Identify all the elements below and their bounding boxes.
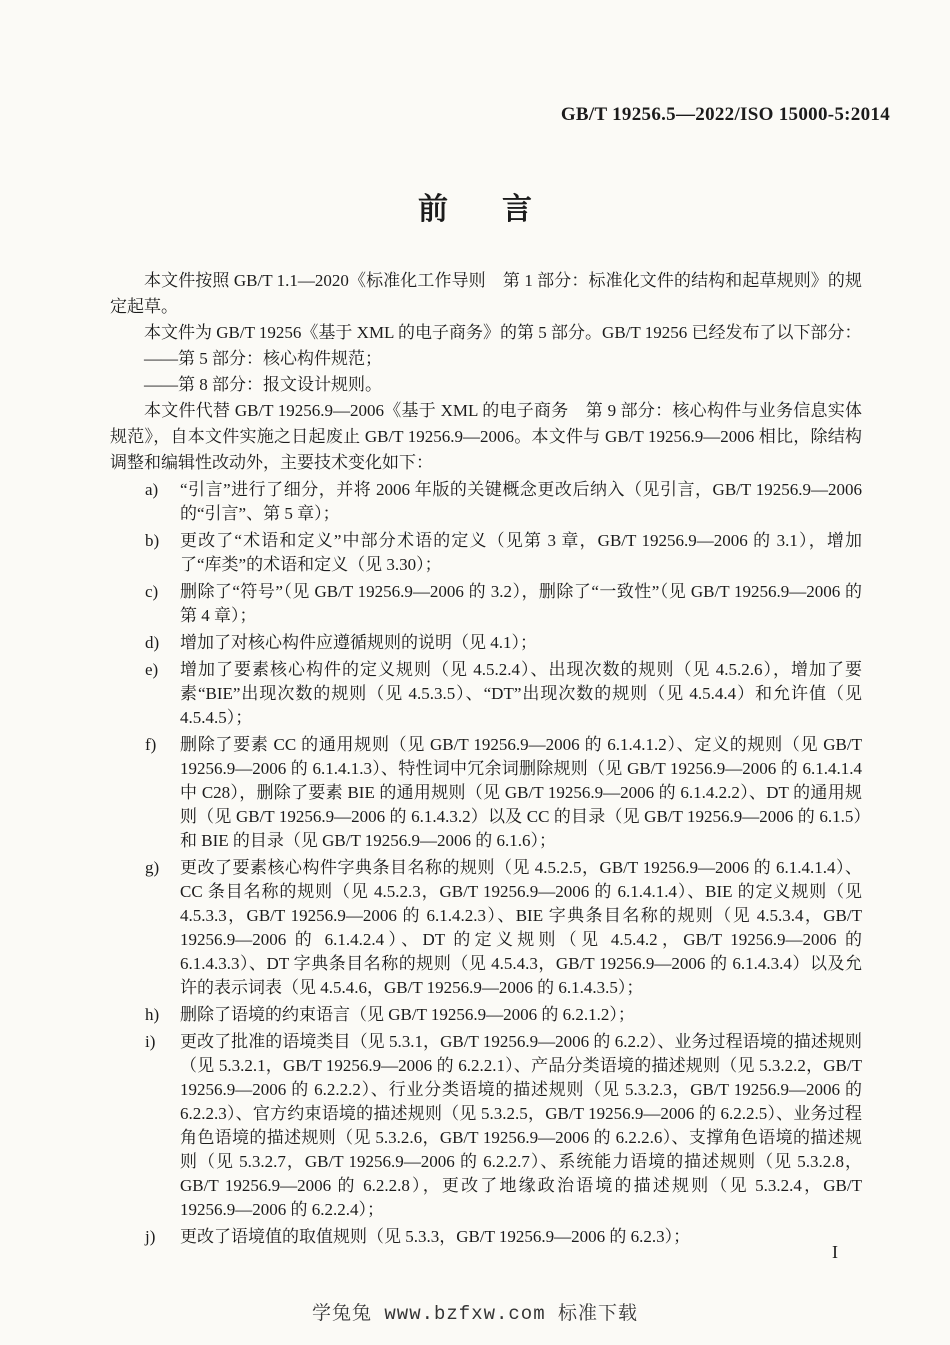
- change-item-e: e) 增加了要素核心构件的定义规则（见 4.5.2.4）、出现次数的规则（见 4…: [145, 658, 862, 730]
- change-label: e): [145, 658, 158, 682]
- change-label: a): [145, 478, 158, 502]
- change-text: “引言”进行了细分，并将 2006 年版的关键概念更改后纳入（见引言，GB/T …: [180, 480, 862, 523]
- change-text: 更改了“术语和定义”中部分术语的定义（见第 3 章，GB/T 19256.9—2…: [180, 531, 862, 574]
- change-item-d: d) 增加了对核心构件应遵循规则的说明（见 4.1）；: [145, 631, 862, 655]
- change-item-h: h) 删除了语境的约束语言（见 GB/T 19256.9—2006 的 6.2.…: [145, 1003, 862, 1027]
- change-item-f: f) 删除了要素 CC 的通用规则（见 GB/T 19256.9—2006 的 …: [145, 733, 862, 853]
- paragraph-drafting-rules: 本文件按照 GB/T 1.1—2020《标准化工作导则 第 1 部分：标准化文件…: [110, 268, 862, 320]
- change-text: 更改了语境值的取值规则（见 5.3.3，GB/T 19256.9—2006 的 …: [180, 1227, 690, 1246]
- doc-number: GB/T 19256.5—2022/ISO 15000-5:2014: [561, 104, 890, 126]
- change-item-c: c) 删除了“符号”（见 GB/T 19256.9—2006 的 3.2），删除…: [145, 580, 862, 628]
- change-item-b: b) 更改了“术语和定义”中部分术语的定义（见第 3 章，GB/T 19256.…: [145, 529, 862, 577]
- change-text: 更改了要素核心构件字典条目名称的规则（见 4.5.2.5，GB/T 19256.…: [180, 858, 862, 997]
- series-part-item: ——第 5 部分：核心构件规范；: [110, 346, 862, 372]
- change-label: d): [145, 631, 159, 655]
- standard-document-page: GB/T 19256.5—2022/ISO 15000-5:2014 前言 本文…: [0, 0, 950, 1345]
- foreword-body: 本文件按照 GB/T 1.1—2020《标准化工作导则 第 1 部分：标准化文件…: [110, 268, 862, 1252]
- paragraph-series-intro: 本文件为 GB/T 19256《基于 XML 的电子商务》的第 5 部分。GB/…: [110, 320, 862, 346]
- paragraph-replacement: 本文件代替 GB/T 19256.9—2006《基于 XML 的电子商务 第 9…: [110, 398, 862, 476]
- change-label: i): [145, 1030, 155, 1054]
- series-part-item: ——第 8 部分：报文设计规则。: [110, 372, 862, 398]
- change-text: 增加了要素核心构件的定义规则（见 4.5.2.4）、出现次数的规则（见 4.5.…: [180, 660, 862, 727]
- change-label: h): [145, 1003, 159, 1027]
- change-item-g: g) 更改了要素核心构件字典条目名称的规则（见 4.5.2.5，GB/T 192…: [145, 856, 862, 1000]
- change-item-a: a) “引言”进行了细分，并将 2006 年版的关键概念更改后纳入（见引言，GB…: [145, 478, 862, 526]
- page-number: I: [832, 1242, 838, 1263]
- watermark-footer: 学兔兔 www.bzfxw.com 标准下载: [0, 1298, 950, 1325]
- change-label: g): [145, 856, 159, 880]
- change-text: 删除了要素 CC 的通用规则（见 GB/T 19256.9—2006 的 6.1…: [180, 735, 862, 850]
- change-text: 更改了批准的语境类目（见 5.3.1，GB/T 19256.9—2006 的 6…: [180, 1032, 862, 1219]
- change-text: 删除了语境的约束语言（见 GB/T 19256.9—2006 的 6.2.1.2…: [180, 1005, 635, 1024]
- change-label: b): [145, 529, 159, 553]
- change-text: 删除了“符号”（见 GB/T 19256.9—2006 的 3.2），删除了“一…: [180, 582, 862, 625]
- change-label: f): [145, 733, 156, 757]
- change-item-j: j) 更改了语境值的取值规则（见 5.3.3，GB/T 19256.9—2006…: [145, 1225, 862, 1249]
- change-text: 增加了对核心构件应遵循规则的说明（见 4.1）；: [180, 633, 537, 652]
- page-title: 前言: [0, 184, 950, 228]
- change-label: c): [145, 580, 158, 604]
- change-item-i: i) 更改了批准的语境类目（见 5.3.1，GB/T 19256.9—2006 …: [145, 1030, 862, 1222]
- change-label: j): [145, 1225, 155, 1249]
- technical-changes-list: a) “引言”进行了细分，并将 2006 年版的关键概念更改后纳入（见引言，GB…: [110, 478, 862, 1249]
